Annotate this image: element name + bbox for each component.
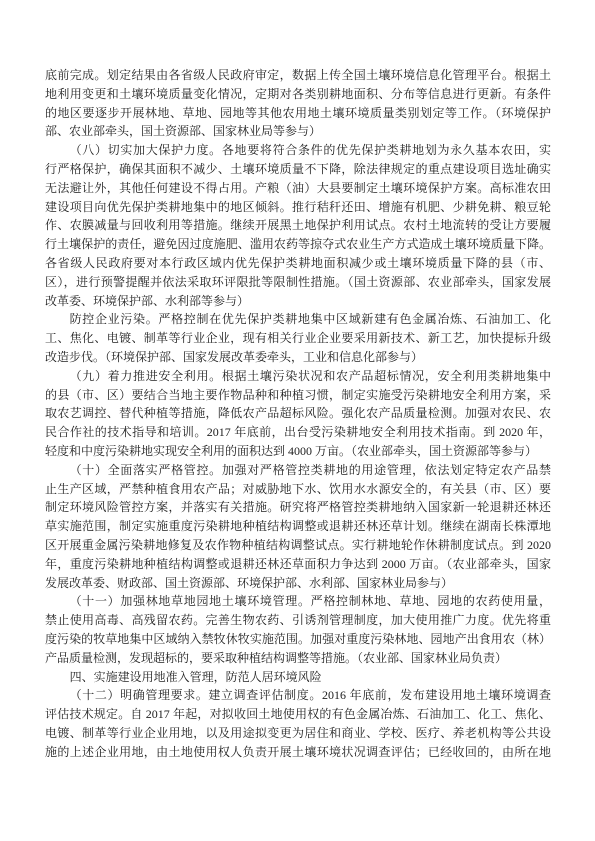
text-line: 电镀、制革等行业企业用地，以及用途拟变更为居住和商业、学校、医疗、养老机构等公共… (45, 724, 551, 743)
text-line: 止生产区域，严禁种植食用农产品；对威胁地下水、饮用水水源安全的，有关县（市、区）… (45, 480, 551, 499)
text-line: （十二）明确管理要求。建立调查评估制度。2016 年底前，发布建设用地土壤环境调… (45, 686, 551, 705)
text-line: 民合作社的技术指导和培训。2017 年底前，出台受污染耕地安全利用技术指南。到 … (45, 423, 551, 442)
document-body: 底前完成。划定结果由各省级人民政府审定，数据上传全国土壤环境信息化管理平台。根据… (45, 66, 551, 761)
text-line: 无法避让外，其他任何建设不得占用。产粮（油）大县要制定土壤环境保护方案。高标准农… (45, 179, 551, 198)
text-line: 发展改革委、财政部、国土资源部、环境保护部、水利部、国家林业局参与） (45, 574, 551, 593)
text-line: 区开展重金属污染耕地修复及农作物种植结构调整试点。实行耕地轮作休耕制度试点。到 … (45, 536, 551, 555)
text-line: 取农艺调控、替代种植等措施，降低农产品超标风险。强化农产品质量检测。加强对农民、… (45, 404, 551, 423)
para-10-strict-control: （十）全面落实严格管控。加强对严格管控类耕地的用途管理，依法划定特定农产品禁止生… (45, 461, 551, 593)
text-line: 评估技术规定。自 2017 年起，对拟收回土地使用权的有色金属冶炼、石油加工、化… (45, 705, 551, 724)
para-11-forest-grass-garden-land: （十一）加强林地草地园地土壤环境管理。严格控制林地、草地、园地的农药使用量，禁止… (45, 592, 551, 667)
para-8-strengthen-protection: （八）切实加大保护力度。各地要将符合条件的优先保护类耕地划为永久基本农田，实行严… (45, 141, 551, 310)
text-line: 地利用变更和土壤环境质量变化情况，定期对各类别耕地面积、分布等信息进行更新。有条… (45, 85, 551, 104)
text-line: 草实施范围，制定实施重度污染耕地种植结构调整或退耕还林还草计划。继续在湖南长株潭… (45, 517, 551, 536)
text-line: 四、实施建设用地准入管理，防范人居环境风险 (45, 668, 551, 687)
text-line: 改造步伐。（环境保护部、国家发展改革委牵头，工业和信息化部参与） (45, 348, 551, 367)
text-line: 轻度和中度污染耕地实现安全利用的面积达到 4000 万亩。（农业部牵头，国土资源… (45, 442, 551, 461)
para-9-safe-utilization: （九）着力推进安全利用。根据土壤污染状况和农产品超标情况，安全利用类耕地集中的县… (45, 367, 551, 461)
section-heading: 四、实施建设用地准入管理，防范人居环境风险 (45, 668, 551, 687)
text-line: 年，重度污染耕地种植结构调整或退耕还林还草面积力争达到 2000 万亩。（农业部… (45, 555, 551, 574)
text-line: 行土壤保护的责任，避免因过度施肥、滥用农药等掠夺式农业生产方式造成土壤环境质量下… (45, 235, 551, 254)
text-line: （九）着力推进安全利用。根据土壤污染状况和农产品超标情况，安全利用类耕地集中 (45, 367, 551, 386)
text-line: 施的上述企业用地，由土地使用权人负责开展土壤环境状况调查评估；已经收回的，由所在… (45, 743, 551, 762)
document-page: 底前完成。划定结果由各省级人民政府审定，数据上传全国土壤环境信息化管理平台。根据… (0, 0, 595, 841)
text-line: 底前完成。划定结果由各省级人民政府审定，数据上传全国土壤环境信息化管理平台。根据… (45, 66, 551, 85)
para-continuation-category-delineation: 底前完成。划定结果由各省级人民政府审定，数据上传全国土壤环境信息化管理平台。根据… (45, 66, 551, 141)
text-line: 建设项目向优先保护类耕地集中的地区倾斜。推行秸秆还田、增施有机肥、少耕免耕、粮豆… (45, 198, 551, 217)
text-line: 的县（市、区）要结合当地主要作物品种和种植习惯，制定实施受污染耕地安全利用方案，… (45, 386, 551, 405)
text-line: 的地区要逐步开展林地、草地、园地等其他农用地土壤环境质量类别划定等工作。（环境保… (45, 104, 551, 123)
text-line: （十一）加强林地草地园地土壤环境管理。严格控制林地、草地、园地的农药使用量， (45, 592, 551, 611)
text-line: （八）切实加大保护力度。各地要将符合条件的优先保护类耕地划为永久基本农田，实 (45, 141, 551, 160)
text-line: 工、焦化、电镀、制革等行业企业，现有相关行业企业要采用新技术、新工艺，加快提标升… (45, 329, 551, 348)
para-prevent-enterprise-pollution: 防控企业污染。严格控制在优先保护类耕地集中区域新建有色金属冶炼、石油加工、化工、… (45, 310, 551, 366)
text-line: 度污染的牧草地集中区域纳入禁牧休牧实施范围。加强对重度污染林地、园地产出食用农（… (45, 630, 551, 649)
text-line: 防控企业污染。严格控制在优先保护类耕地集中区域新建有色金属冶炼、石油加工、化 (45, 310, 551, 329)
text-line: 改革委、环境保护部、水利部等参与） (45, 292, 551, 311)
para-12-management-requirements: （十二）明确管理要求。建立调查评估制度。2016 年底前，发布建设用地土壤环境调… (45, 686, 551, 761)
text-line: 禁止使用高毒、高残留农药。完善生物农药、引诱剂管理制度，加大使用推广力度。优先将… (45, 611, 551, 630)
text-line: 区），进行预警提醒并依法采取环评限批等限制性措施。（国土资源部、农业部牵头，国家… (45, 273, 551, 292)
text-line: 部、农业部牵头，国土资源部、国家林业局等参与） (45, 122, 551, 141)
text-line: 作、农膜减量与回收利用等措施。继续开展黑土地保护利用试点。农村土地流转的受让方要… (45, 216, 551, 235)
text-line: 行严格保护，确保其面积不减少、土壤环境质量不下降，除法律规定的重点建设项目选址确… (45, 160, 551, 179)
text-line: （十）全面落实严格管控。加强对严格管控类耕地的用途管理，依法划定特定农产品禁 (45, 461, 551, 480)
text-line: 各省级人民政府要对本行政区域内优先保护类耕地面积减少或土壤环境质量下降的县（市、 (45, 254, 551, 273)
text-line: 制定环境风险管控方案，并落实有关措施。研究将严格管控类耕地纳入国家新一轮退耕还林… (45, 498, 551, 517)
text-line: 产品质量检测，发现超标的，要采取种植结构调整等措施。（农业部、国家林业局负责） (45, 649, 551, 668)
